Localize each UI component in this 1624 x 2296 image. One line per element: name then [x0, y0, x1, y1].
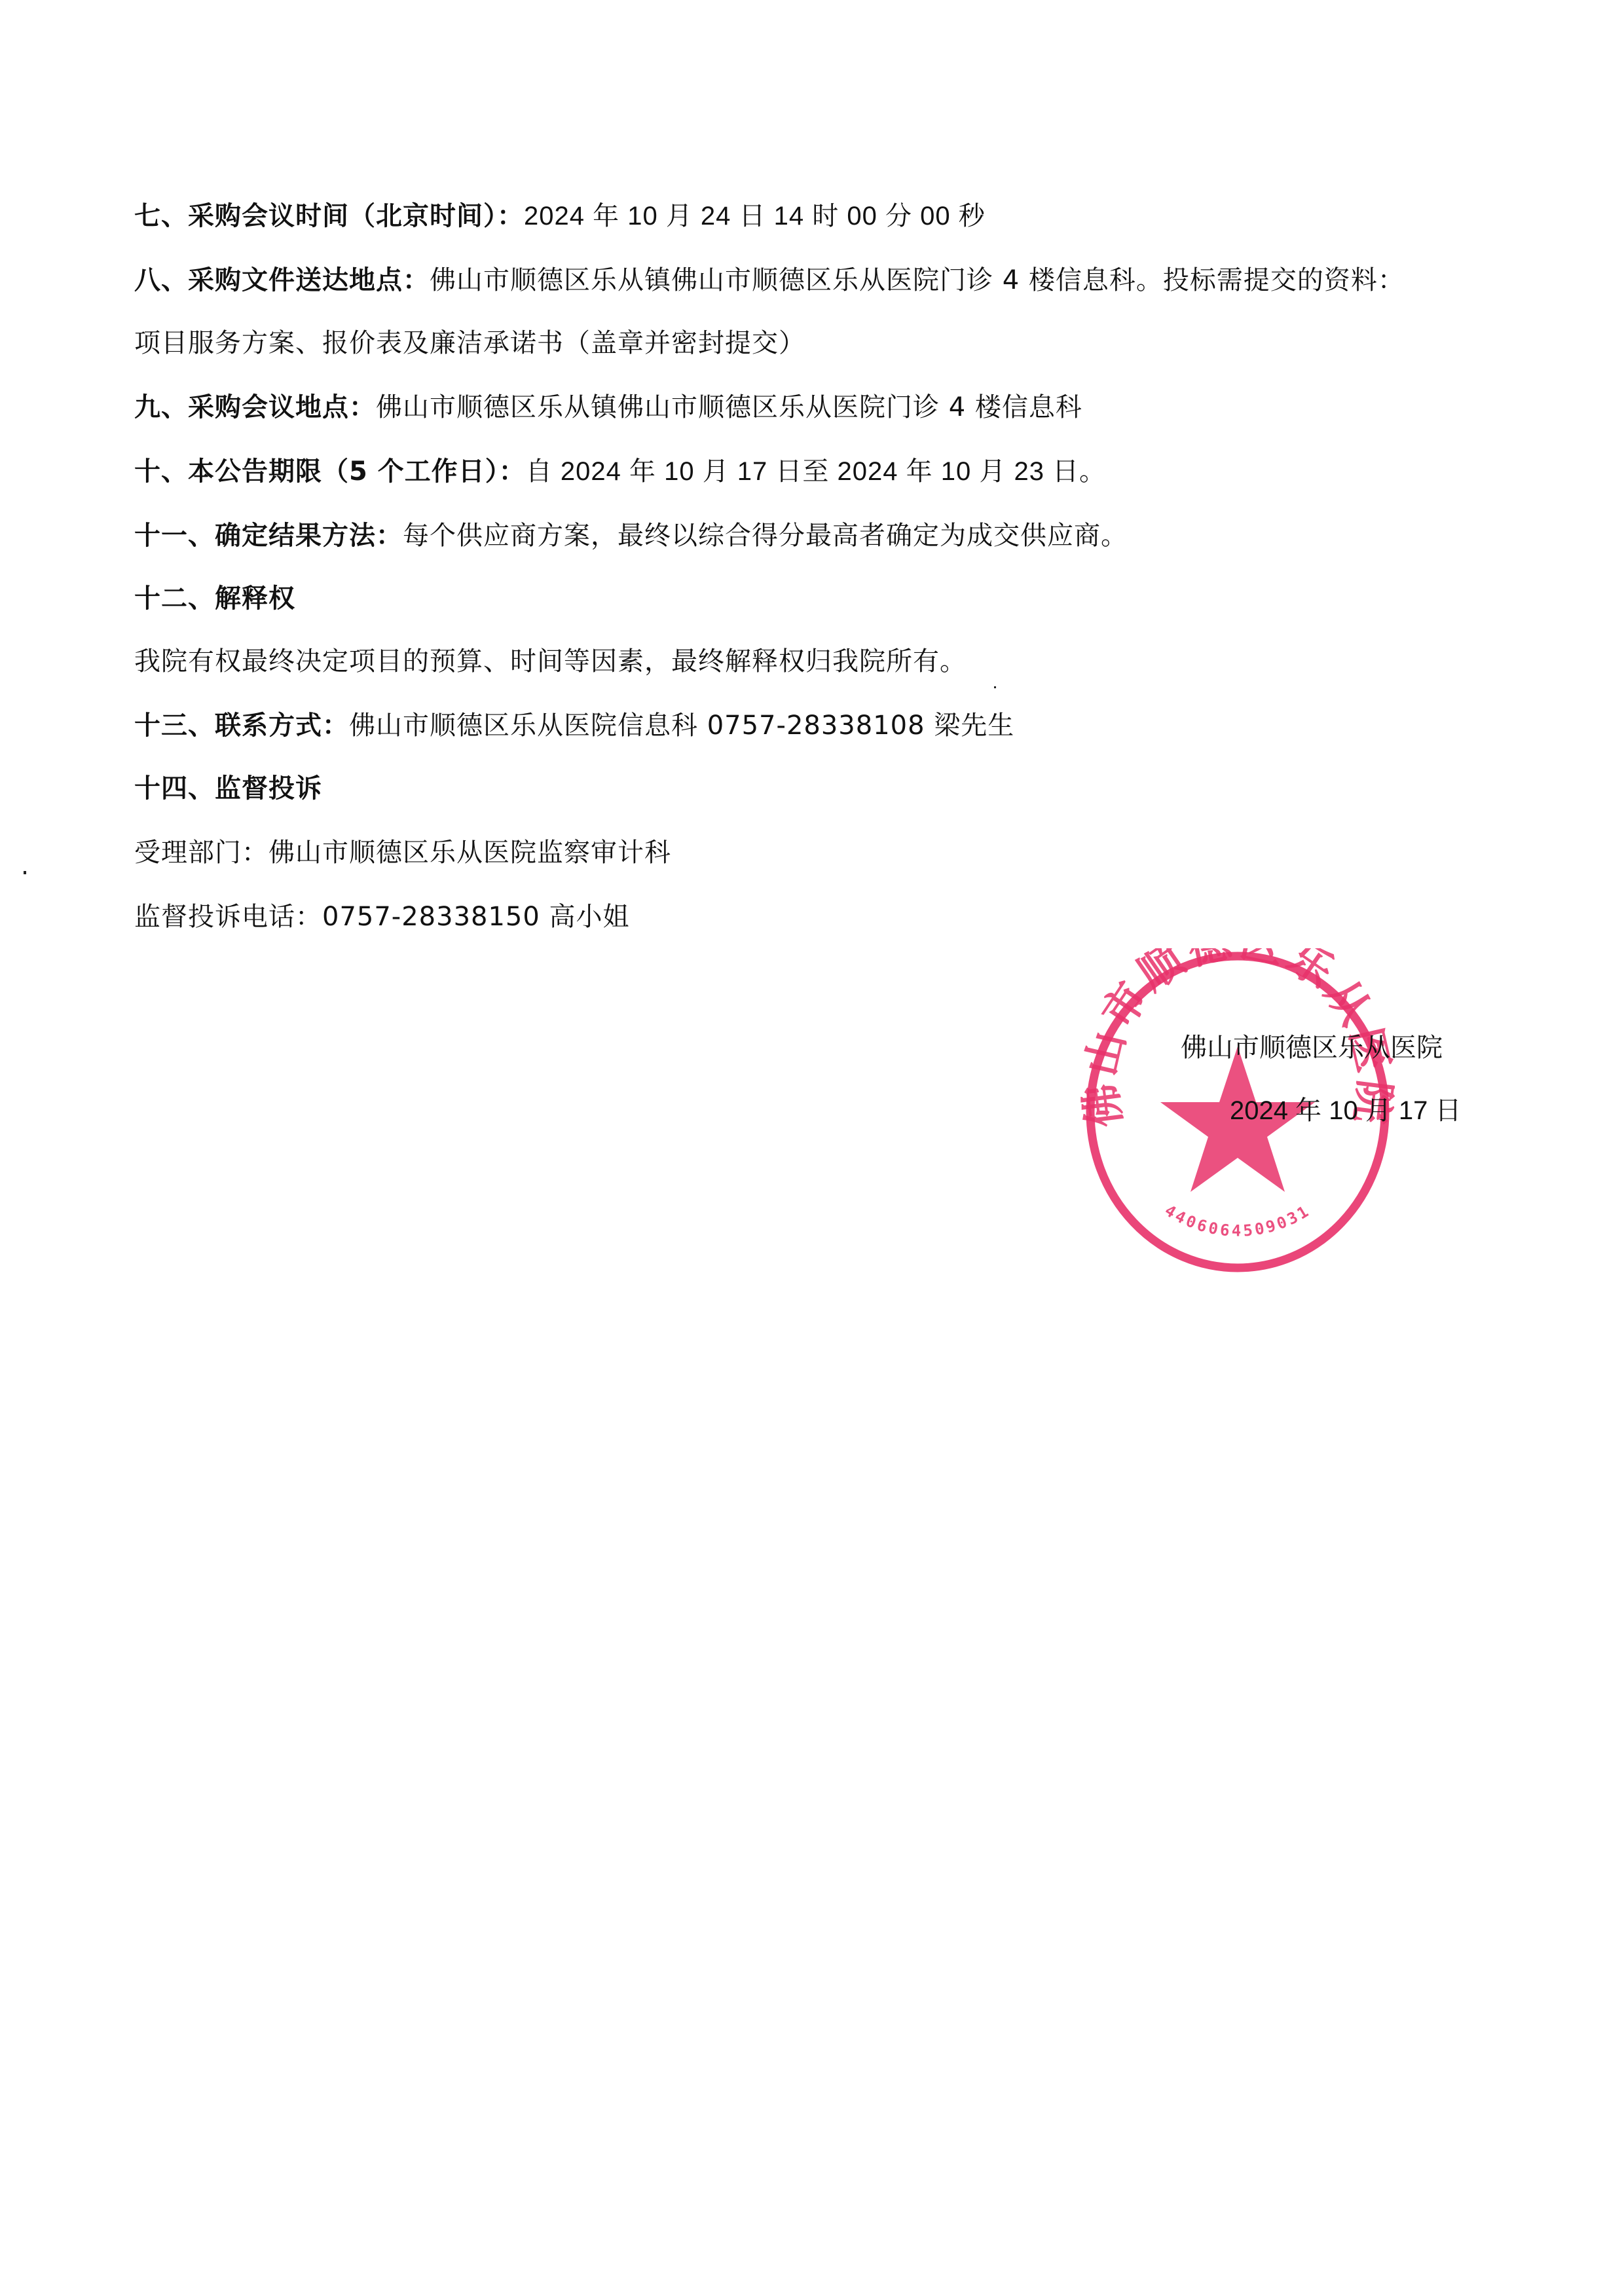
- section-9-heading: 九、采购会议地点：: [134, 392, 376, 422]
- section-8-text: 佛山市顺德区乐从镇佛山市顺德区乐从医院门诊 4 楼信息科。投标需提交的资料：: [430, 265, 1405, 295]
- signature-organization: 佛山市顺德区乐从医院: [1181, 1029, 1443, 1066]
- section-12-heading: 十二、解释权: [134, 583, 295, 614]
- section-9: 九、采购会议地点：佛山市顺德区乐从镇佛山市顺德区乐从医院门诊 4 楼信息科: [134, 389, 1082, 426]
- section-7: 七、采购会议时间（北京时间）：2024 年 10 月 24 日 14 时 00 …: [134, 198, 986, 234]
- section-12-body-text: 我院有权最终决定项目的预算、时间等因素，最终解释权归我院所有。: [134, 646, 967, 676]
- section-14-heading: 十四、监督投诉: [134, 773, 322, 804]
- section-13: 十三、联系方式：佛山市顺德区乐从医院信息科 0757-28338108 梁先生: [134, 707, 1014, 744]
- section-12: 十二、解释权: [134, 580, 295, 617]
- section-13-text: 佛山市顺德区乐从医院信息科 0757-28338108 梁先生: [349, 711, 1014, 741]
- section-8-continuation: 项目服务方案、报价表及廉洁承诺书（盖章并密封提交）: [134, 325, 805, 361]
- scan-speck: [24, 871, 26, 874]
- section-11-text: 每个供应商方案，最终以综合得分最高者确定为成交供应商。: [403, 521, 1128, 551]
- complaint-phone-text: 监督投诉电话：0757-28338150 高小姐: [134, 902, 630, 932]
- section-9-text: 佛山市顺德区乐从镇佛山市顺德区乐从医院门诊 4 楼信息科: [376, 392, 1082, 422]
- section-10: 十、本公告期限（5 个工作日）：自 2024 年 10 月 17 日至 2024…: [134, 453, 1106, 490]
- section-11-heading: 十一、确定结果方法：: [134, 521, 403, 551]
- section-8-heading: 八、采购文件送达地点：: [134, 265, 430, 295]
- complaint-phone: 监督投诉电话：0757-28338150 高小姐: [134, 898, 630, 935]
- section-8-continuation-text: 项目服务方案、报价表及廉洁承诺书（盖章并密封提交）: [134, 328, 805, 358]
- complaint-department: 受理部门：佛山市顺德区乐从医院监察审计科: [134, 834, 671, 871]
- section-12-body: 我院有权最终决定项目的预算、时间等因素，最终解释权归我院所有。: [134, 643, 967, 680]
- section-10-text: 自 2024 年 10 月 17 日至 2024 年 10 月 23 日。: [526, 457, 1106, 486]
- svg-text:4406064509031: 4406064509031: [1162, 1201, 1314, 1240]
- section-14: 十四、监督投诉: [134, 770, 322, 807]
- section-10-heading: 十、本公告期限（5 个工作日）：: [134, 456, 526, 487]
- section-8: 八、采购文件送达地点：佛山市顺德区乐从镇佛山市顺德区乐从医院门诊 4 楼信息科。…: [134, 262, 1405, 299]
- section-7-heading: 七、采购会议时间（北京时间）：: [134, 201, 524, 231]
- section-11: 十一、确定结果方法：每个供应商方案，最终以综合得分最高者确定为成交供应商。: [134, 517, 1128, 554]
- section-13-heading: 十三、联系方式：: [134, 711, 349, 741]
- scan-speck: [994, 686, 996, 688]
- signature-date: 2024 年 10 月 17 日: [1230, 1092, 1462, 1129]
- complaint-department-text: 受理部门：佛山市顺德区乐从医院监察审计科: [134, 838, 671, 868]
- section-7-text: 2024 年 10 月 24 日 14 时 00 分 00 秒: [524, 202, 986, 231]
